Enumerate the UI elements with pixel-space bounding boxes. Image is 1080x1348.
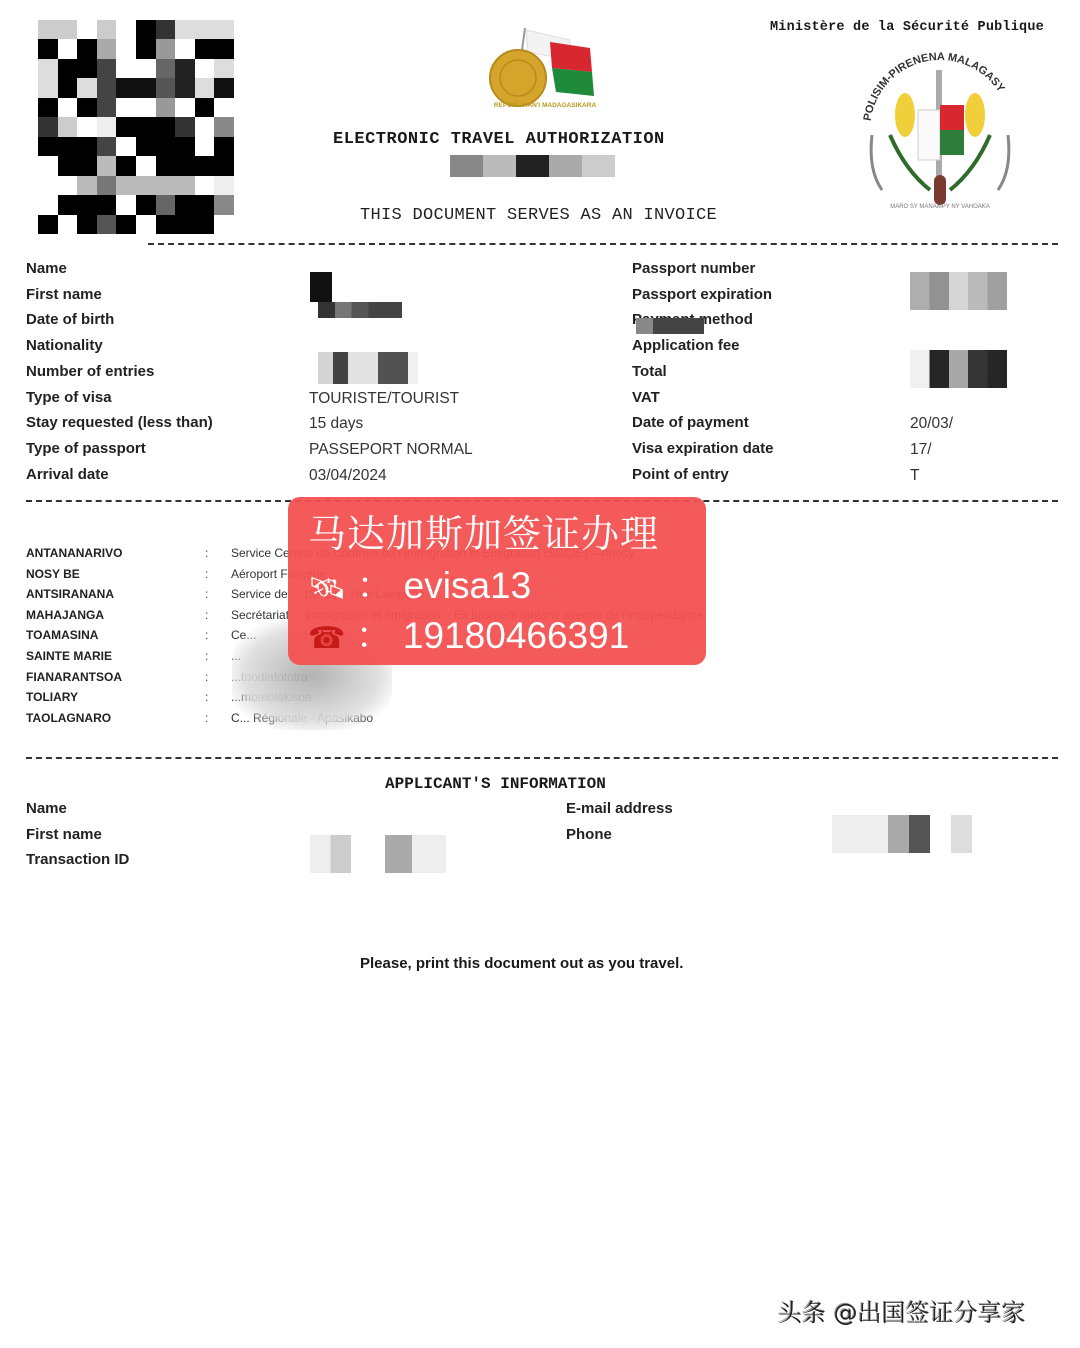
redacted-applicant-values — [310, 835, 446, 873]
applicant-label: E-mail address — [566, 800, 673, 817]
office-separator: : — [205, 649, 208, 663]
divider-top — [148, 243, 1058, 245]
field-label: Date of payment — [632, 414, 749, 431]
office-separator: : — [205, 690, 208, 704]
ministry-name: Ministère de la Sécurité Publique — [770, 20, 1044, 35]
field-label: Type of visa — [26, 389, 112, 406]
redacted-applicant-contact — [832, 815, 972, 853]
divider-bottom — [26, 757, 1058, 759]
redacted-name — [310, 272, 332, 302]
field-value: 15 days — [309, 415, 363, 433]
qr-code — [38, 20, 234, 234]
field-value: 20/03/ — [910, 415, 953, 433]
print-notice: Please, print this document out as you t… — [360, 955, 683, 972]
office-city: ANTSIRANANA — [26, 587, 114, 601]
office-city: ANTANANARIVO — [26, 546, 122, 560]
field-label: Total — [632, 363, 667, 380]
field-value: T — [910, 467, 919, 485]
office-separator: : — [205, 670, 208, 684]
field-label: Name — [26, 260, 67, 277]
field-value: TOURISTE/TOURIST — [309, 390, 459, 408]
office-city: TOLIARY — [26, 690, 78, 704]
source-watermark: 头条 @出国签证分享家 — [778, 1293, 1026, 1328]
field-value: 17/ — [910, 441, 932, 459]
promo-phone-number: ： 19180466391 — [356, 615, 630, 656]
field-value: 03/04/2024 — [309, 467, 387, 485]
applicant-label: First name — [26, 826, 102, 843]
document-title: ELECTRONIC TRAVEL AUTHORIZATION — [333, 130, 665, 149]
redacted-payment-method — [636, 318, 704, 334]
redacted-passport-number — [910, 272, 1007, 310]
field-label: Passport expiration — [632, 286, 772, 303]
field-label: Application fee — [632, 337, 740, 354]
field-label: Passport number — [632, 260, 755, 277]
office-separator: : — [205, 608, 208, 622]
office-city: TAOLAGNARO — [26, 711, 111, 725]
field-label: First name — [26, 286, 102, 303]
field-label: Type of passport — [26, 440, 146, 457]
field-label: Date of birth — [26, 311, 114, 328]
invoice-notice: THIS DOCUMENT SERVES AS AN INVOICE — [360, 206, 717, 225]
police-emblem: POLISIM-PIRENENA MALAGASY MARO SY MANAMP… — [850, 40, 1030, 215]
office-city: FIANARANTSOA — [26, 670, 122, 684]
applicant-label: Transaction ID — [26, 851, 129, 868]
promo-wechat-row: 🛰 ： evisa13 — [308, 555, 531, 609]
redacted-first-name — [318, 302, 402, 318]
redacted-nationality — [318, 352, 418, 384]
promo-overlay: 马达加斯加签证办理 🛰 ： evisa13 ☎ ： 19180466391 — [288, 497, 706, 665]
promo-wechat-id: ： evisa13 — [356, 565, 531, 606]
office-city: SAINTE MARIE — [26, 649, 112, 663]
field-label: Point of entry — [632, 466, 729, 483]
field-label: Arrival date — [26, 466, 109, 483]
applicant-label: Phone — [566, 826, 612, 843]
redacted-fee — [910, 350, 1007, 388]
republic-logo-caption: REPOBLIKAN'I MADAGASIKARA — [470, 102, 620, 109]
satellite-icon: 🛰 — [308, 572, 346, 605]
field-label: Nationality — [26, 337, 103, 354]
office-separator: : — [205, 628, 208, 642]
promo-title: 马达加斯加签证办理 — [308, 503, 659, 558]
office-city: MAHAJANGA — [26, 608, 104, 622]
office-separator: : — [205, 711, 208, 725]
office-separator: : — [205, 546, 208, 560]
svg-text:MARO SY MANAMPY NY VAHOAKA: MARO SY MANAMPY NY VAHOAKA — [890, 204, 990, 210]
promo-phone-row: ☎ ： 19180466391 — [308, 605, 629, 659]
telephone-icon: ☎ — [308, 622, 345, 655]
office-city: TOAMASINA — [26, 628, 98, 642]
applicant-label: Name — [26, 800, 67, 817]
office-separator: : — [205, 587, 208, 601]
field-label: Stay requested (less than) — [26, 414, 213, 431]
field-label: Visa expiration date — [632, 440, 773, 457]
redacted-reference — [450, 155, 615, 177]
office-city: NOSY BE — [26, 567, 80, 581]
applicant-heading: APPLICANT'S INFORMATION — [385, 775, 606, 793]
field-label: Number of entries — [26, 363, 154, 380]
republic-logo: REPOBLIKAN'I MADAGASIKARA — [470, 20, 620, 120]
office-separator: : — [205, 567, 208, 581]
field-label: VAT — [632, 389, 660, 406]
field-value: PASSEPORT NORMAL — [309, 441, 473, 459]
